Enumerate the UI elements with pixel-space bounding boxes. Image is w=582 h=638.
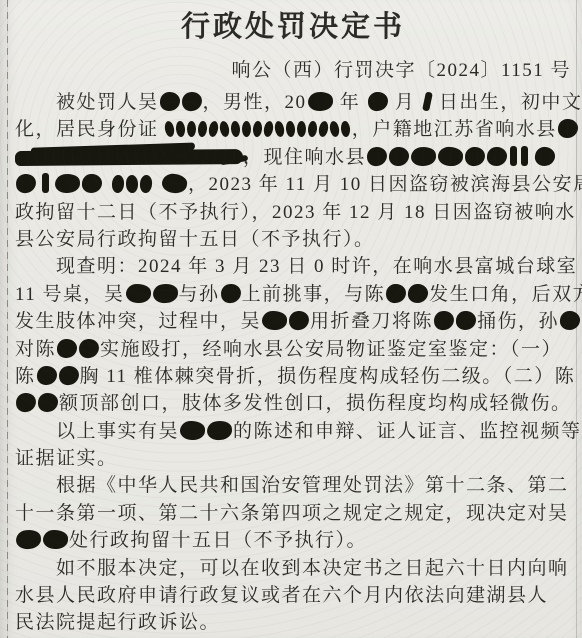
redaction-mark	[180, 420, 205, 439]
text-segment: ，户籍地江苏省响水县	[352, 119, 557, 140]
redaction-dot	[297, 121, 306, 137]
text-line: 对陈实施殴打，经响水县公安局物证鉴定室鉴定：（一）	[15, 336, 571, 363]
text-line: ，现住响水县	[15, 144, 571, 171]
text-segment: 陈	[15, 366, 36, 387]
text-line: 政拘留十二日（不予执行），2023 年 12 月 18 日因盗窃被响水	[15, 199, 571, 226]
redaction-dot	[207, 121, 219, 138]
text-line: 以上事实有吴的陈述和申辩、证人证言、监控视频等	[15, 418, 571, 445]
redaction-mark	[465, 146, 486, 166]
redaction-mark	[389, 146, 410, 166]
text-segment: 发生肢体冲突，过程中，吴	[15, 311, 261, 332]
text-line: 处行政拘留十五日（不予执行）。	[15, 527, 571, 554]
text-segment: 以上事实有吴	[56, 421, 179, 442]
redaction-mark	[161, 173, 188, 195]
redaction-mark	[42, 173, 49, 193]
redaction-mark	[82, 174, 103, 194]
text-segment: 上前挑事，与陈	[242, 284, 386, 305]
text-line: 县公安局行政拘留十五日（不予执行）。	[15, 226, 571, 253]
redaction-mark	[486, 146, 507, 166]
text-segment: 根据《中华人民共和国治安管理处罚法》第十二条、第二	[56, 475, 569, 496]
redaction-mark	[366, 146, 388, 167]
redaction-mark	[433, 310, 454, 330]
redaction-dot	[218, 121, 230, 138]
redaction-mark	[206, 420, 233, 441]
redaction-mark	[78, 338, 100, 359]
text-segment: 县公安局行政拘留十五日（不予执行）。	[15, 229, 375, 250]
redaction-mark	[307, 91, 333, 112]
text-segment: 年	[334, 92, 367, 113]
redaction-mark	[126, 175, 139, 193]
redaction-dot	[340, 121, 350, 138]
redaction-dot	[262, 121, 274, 138]
redaction-mark	[15, 173, 37, 194]
text-line: 如不服本决定，可以在收到本决定书之日起六十日内向响	[15, 555, 571, 582]
redaction-mark	[557, 119, 578, 139]
redaction-mark	[534, 146, 556, 167]
redaction-mark	[111, 175, 124, 194]
text-segment: 与孙	[179, 284, 220, 305]
redaction-mark	[521, 146, 528, 166]
redaction-mark	[36, 366, 56, 385]
text-line: 发生肢体冲突，过程中，吴用折叠刀将陈捅伤，孙	[15, 308, 571, 335]
redaction-dot	[307, 121, 317, 138]
redaction-mark	[367, 91, 388, 111]
text-segment: 处行政拘留十五日（不予执行）。	[69, 530, 367, 551]
text-line: 额顶部创口，肢体多发性创口，损伤程度均构成轻微伤。	[15, 390, 571, 417]
text-line: 证据证实。	[15, 445, 571, 472]
redaction-mark	[152, 283, 179, 304]
redaction-dot	[187, 121, 196, 137]
text-line: 民法院提起行政诉讼。	[15, 609, 571, 636]
text-segment: 证据证实。	[15, 448, 118, 469]
redaction-mark	[58, 365, 80, 386]
document-body: 被处罚人吴，男性，20 年 月 日出生，初中文化，居民身份证 ，户籍地江苏省响水…	[15, 89, 571, 637]
redaction-mark	[54, 173, 80, 194]
text-line: ，2023 年 11 月 10 日因盗窃被滨海县公安局行	[15, 171, 571, 198]
redaction-dot	[317, 121, 329, 138]
redaction-mark	[456, 311, 477, 331]
text-segment: 捅伤，孙	[477, 311, 559, 332]
redaction-mark	[559, 310, 580, 330]
text-segment: 发生口角，后双方	[429, 284, 582, 305]
text-line: 水县人民政府申请行政复议或者在六个月内依法向建湖县人	[15, 582, 571, 609]
document-number: 响公（西）行罚决字〔2024〕1151 号	[15, 59, 571, 83]
text-segment: 日出生，初中文	[433, 92, 582, 113]
redaction-mark	[57, 338, 77, 357]
redaction-mark	[422, 91, 433, 111]
redaction-mark	[407, 283, 428, 303]
redaction-mark	[15, 529, 42, 551]
text-segment: ，2023 年 11 月 10 日因盗窃被滨海县公安局行	[188, 174, 582, 195]
document-content: 行政处罚决定书 响公（西）行罚决字〔2024〕1151 号 被处罚人吴，男性，2…	[15, 5, 571, 637]
text-segment: 十一条第一项、第二十六条第四项之规定之规定，现决定对吴	[15, 503, 569, 524]
text-line: 根据《中华人民共和国治安管理处罚法》第十二条、第二	[15, 472, 571, 499]
scan-edge-left	[7, 0, 8, 638]
redaction-mark	[159, 92, 179, 111]
text-segment: 实施殴打，经响水县公安局物证鉴定室鉴定：（一）	[100, 339, 562, 360]
text-segment: 用折叠刀将陈	[310, 311, 433, 332]
redaction-dot	[252, 121, 262, 138]
text-segment: 额顶部创口，肢体多发性创口，损伤程度均构成轻微伤。	[59, 393, 572, 414]
redaction-mark	[288, 310, 310, 331]
redaction-mark	[510, 146, 517, 166]
document-page: 行政处罚决定书 响公（西）行罚决字〔2024〕1151 号 被处罚人吴，男性，2…	[0, 0, 582, 638]
text-segment: 的陈述和申辩、证人证言、监控视频等	[233, 421, 582, 442]
text-line: 十一条第一项、第二十六条第四项之规定之规定，现决定对吴	[15, 500, 571, 527]
text-segment: 11 号桌，吴	[15, 284, 125, 305]
redaction-mark	[15, 149, 243, 166]
redaction-dot	[197, 121, 207, 138]
redaction-mark	[220, 283, 241, 303]
text-segment: 对陈	[15, 339, 56, 360]
text-line: 11 号桌，吴与孙上前挑事，与陈发生口角，后双方	[15, 281, 571, 308]
redaction-mark	[38, 393, 58, 412]
text-segment: 政拘留十二日（不予执行），2023 年 12 月 18 日因盗窃被响水	[15, 202, 576, 223]
redaction-mark	[410, 146, 436, 167]
text-segment: 胸 11 椎体棘突骨折，损伤程度构成轻伤二级。（二）陈	[80, 366, 576, 387]
redaction-mark	[181, 91, 203, 112]
redaction-dot	[285, 121, 295, 138]
redaction-mark	[386, 283, 407, 303]
text-segment: 化，居民身份证	[15, 119, 165, 140]
redaction-mark	[15, 392, 37, 413]
redaction-mark	[43, 530, 68, 549]
text-line: 现查明：2024 年 3 月 23 日 0 时许，在响水县富城台球室	[15, 253, 571, 280]
text-segment: ，现住响水县	[243, 147, 366, 168]
text-segment: 水县人民政府申请行政复议或者在六个月内依法向建湖县人	[15, 585, 548, 606]
redaction-mark	[139, 175, 153, 194]
redaction-id-dots	[165, 116, 352, 143]
redaction-dot	[175, 121, 185, 138]
text-segment: 被处罚人吴	[56, 92, 159, 113]
text-segment: 如不服本决定，可以在收到本决定书之日起六十日内向响	[56, 558, 569, 579]
text-line: 陈胸 11 椎体棘突骨折，损伤程度构成轻伤二级。（二）陈	[15, 363, 571, 390]
redaction-mark	[125, 284, 150, 303]
redaction-dot	[242, 121, 251, 137]
redaction-mark	[438, 146, 464, 166]
redaction-dot	[328, 121, 340, 138]
redaction-dot	[230, 121, 240, 138]
redaction-dot	[163, 121, 175, 138]
text-segment: 现查明：2024 年 3 月 23 日 0 时许，在响水县富城台球室	[56, 256, 577, 277]
document-title: 行政处罚决定书	[15, 7, 571, 47]
text-segment: 月	[389, 92, 422, 113]
text-line: 化，居民身份证 ，户籍地江苏省响水县	[15, 116, 571, 143]
text-segment: 民法院提起行政诉讼。	[15, 612, 220, 633]
text-segment: ，男性，20	[203, 92, 307, 113]
redaction-mark	[262, 311, 287, 330]
redaction-dot	[273, 121, 285, 138]
text-line: 被处罚人吴，男性，20 年 月 日出生，初中文	[15, 89, 571, 116]
